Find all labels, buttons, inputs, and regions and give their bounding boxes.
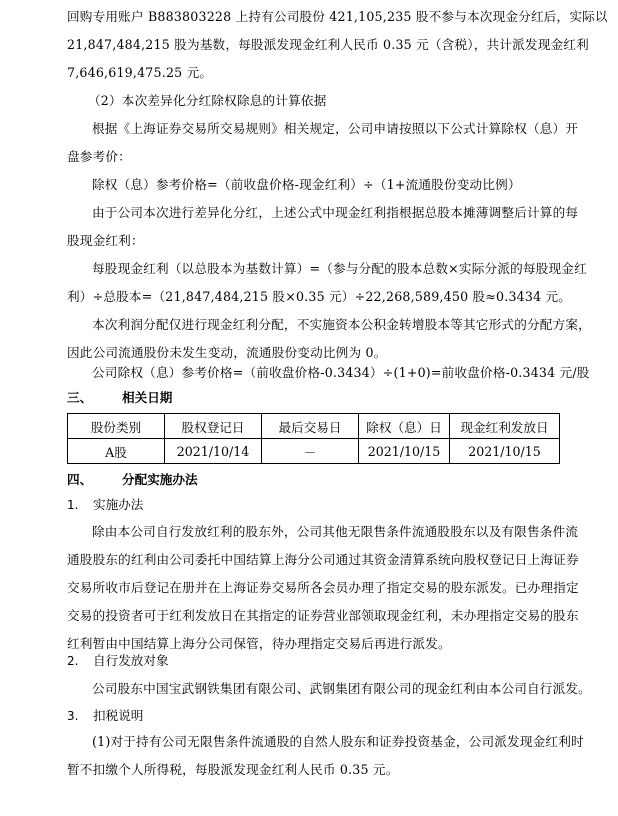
table-header-cell: 股权登记日 xyxy=(165,414,262,439)
item-title: 自行发放对象 xyxy=(93,653,169,668)
paragraph-line: 本次利润分配仅进行现金红利分配，不实施资本公积金转增股本等其它形式的分配方案， xyxy=(92,317,559,333)
paragraph-line: 7,646,619,475.25 元。 xyxy=(67,65,559,81)
table-header-cell: 现金红利发放日 xyxy=(450,414,560,439)
paragraph-line: 因此公司流通股份未发生变动，流通股份变动比例为 0。 xyxy=(67,345,559,361)
section-heading-4: 四、分配实施办法 xyxy=(67,472,198,488)
table-header-cell: 股份类别 xyxy=(68,414,165,439)
paragraph-line: 交易所收市后登记在册并在上海证券交易所各会员办理了指定交易的股东派发。已办理指定 xyxy=(67,580,559,596)
paragraph-line: 根据《上海证券交易所交易规则》相关规定，公司申请按照以下公式计算除权（息）开 xyxy=(92,121,559,137)
table-header-cell: 最后交易日 xyxy=(262,414,359,439)
paragraph-line: 除由本公司自行发放红利的股东外，公司其他无限售条件流通股股东以及有限售条件流 xyxy=(92,524,559,540)
table-row: A股 2021/10/14 － 2021/10/15 2021/10/15 xyxy=(68,439,560,464)
table-cell: 2021/10/15 xyxy=(359,439,450,464)
section-heading-3: 三、相关日期 xyxy=(67,390,172,406)
item-heading-2: 2.自行发放对象 xyxy=(67,653,169,669)
item-number: 2. xyxy=(67,653,93,669)
table-cell: 2021/10/14 xyxy=(165,439,262,464)
item-title: 扣税说明 xyxy=(93,708,143,723)
paragraph-line: 通股股东的红利由公司委托中国结算上海分公司通过其资金清算系统向股权登记日上海证券 xyxy=(67,552,559,568)
item-heading-3: 3.扣税说明 xyxy=(67,708,143,724)
paragraph-line: 利）÷总股本=（21,847,484,215 股×0.35 元）÷22,268,… xyxy=(67,289,559,305)
formula-line: 公司除权（息）参考价格=（前收盘价格-0.3434）÷(1+0)=前收盘价格-0… xyxy=(92,365,559,381)
paragraph-line: 回购专用账户 B883803228 上持有公司股份 421,105,235 股不… xyxy=(67,9,559,25)
dates-table: 股份类别 股权登记日 最后交易日 除权（息）日 现金红利发放日 A股 2021/… xyxy=(67,413,560,464)
paragraph-line: 公司股东中国宝武钢铁集团有限公司、武钢集团有限公司的现金红利由本公司自行派发。 xyxy=(92,681,559,697)
item-title: 实施办法 xyxy=(93,497,143,512)
paragraph-line: 每股现金红利（以总股本为基数计算）=（参与分配的股本总数×实际分派的每股现金红 xyxy=(92,261,559,277)
table-cell: 2021/10/15 xyxy=(450,439,560,464)
table-header-row: 股份类别 股权登记日 最后交易日 除权（息）日 现金红利发放日 xyxy=(68,414,560,439)
section-title: 分配实施办法 xyxy=(122,472,198,487)
item-heading-1: 1.实施办法 xyxy=(67,497,143,513)
paragraph-line: 由于公司本次进行差异化分红，上述公式中现金红利指根据总股本摊薄调整后计算的每 xyxy=(92,205,559,221)
item-number: 1. xyxy=(67,497,93,513)
paragraph-line: 红利暂由中国结算上海分公司保管，待办理指定交易后再进行派发。 xyxy=(67,636,559,652)
document-page: 回购专用账户 B883803228 上持有公司股份 421,105,235 股不… xyxy=(0,0,618,816)
table-cell: － xyxy=(262,439,359,464)
formula-line: 除权（息）参考价格=（前收盘价格-现金红利）÷（1+流通股份变动比例） xyxy=(92,177,559,193)
paragraph-line: 暂不扣缴个人所得税，每股派发现金红利人民币 0.35 元。 xyxy=(67,762,559,778)
section-number: 四、 xyxy=(67,472,122,488)
table-header-cell: 除权（息）日 xyxy=(359,414,450,439)
table-cell: A股 xyxy=(68,439,165,464)
paragraph-line: 交易的投资者可于红利发放日在其指定的证券营业部领取现金红利，未办理指定交易的股东 xyxy=(67,608,559,624)
paragraph-line: 股现金红利： xyxy=(67,233,559,249)
paragraph-line: (1)对于持有公司无限售条件流通股的自然人股东和证券投资基金，公司派发现金红利时 xyxy=(92,734,559,750)
section-number: 三、 xyxy=(67,390,122,406)
paragraph-line: 盘参考价： xyxy=(67,149,559,165)
subsection-title: （2）本次差异化分红除权除息的计算依据 xyxy=(88,93,555,109)
paragraph-line: 21,847,484,215 股为基数，每股派发现金红利人民币 0.35 元（含… xyxy=(67,37,559,53)
item-number: 3. xyxy=(67,708,93,724)
section-title: 相关日期 xyxy=(122,390,172,405)
